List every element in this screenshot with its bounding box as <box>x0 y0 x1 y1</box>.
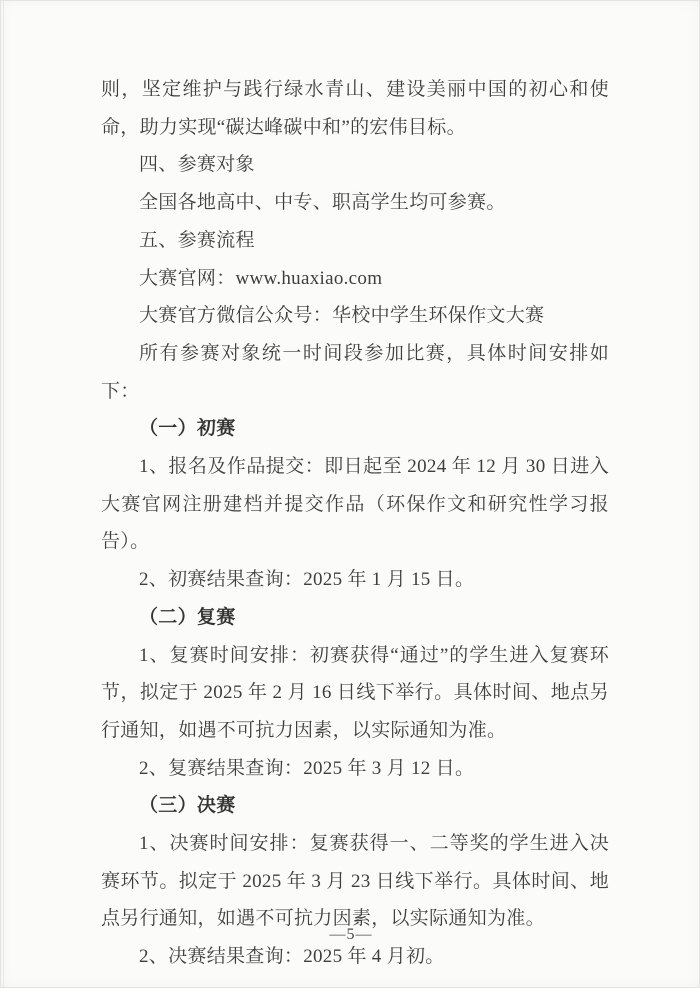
heading-section-4-participants: 四、参赛对象 <box>101 146 609 184</box>
paragraph-preliminary-results: 2、初赛结果查询：2025 年 1 月 15 日。 <box>101 561 609 599</box>
paragraph-official-website: 大赛官网：www.huaxiao.com <box>101 260 609 298</box>
paragraph-wechat-account: 大赛官方微信公众号：华校中学生环保作文大赛 <box>101 297 609 335</box>
heading-final-round: （三）决赛 <box>101 787 609 825</box>
paragraph-final-schedule: 1、决赛时间安排：复赛获得一、二等奖的学生进入决赛环节。拟定于 2025 年 3… <box>101 825 609 938</box>
scan-artifact-line <box>3 1 4 988</box>
paragraph-continuation: 则，坚定维护与践行绿水青山、建设美丽中国的初心和使命，助力实现“碳达峰碳中和”的… <box>101 71 609 146</box>
paragraph-schedule-intro: 所有参赛对象统一时间段参加比赛，具体时间安排如下： <box>101 335 609 410</box>
page-number: —5— <box>1 923 700 947</box>
paragraph-registration-submission: 1、报名及作品提交：即日起至 2024 年 12 月 30 日进入大赛官网注册建… <box>101 448 609 561</box>
heading-semifinal-round: （二）复赛 <box>101 599 609 637</box>
document-body: 则，坚定维护与践行绿水青山、建设美丽中国的初心和使命，助力实现“碳达峰碳中和”的… <box>101 71 609 976</box>
paragraph-semifinal-results: 2、复赛结果查询：2025 年 3 月 12 日。 <box>101 750 609 788</box>
heading-preliminary-round: （一）初赛 <box>101 410 609 448</box>
scanned-document-page: 则，坚定维护与践行绿水青山、建设美丽中国的初心和使命，助力实现“碳达峰碳中和”的… <box>0 0 700 988</box>
paragraph-semifinal-schedule: 1、复赛时间安排：初赛获得“通过”的学生进入复赛环节，拟定于 2025 年 2 … <box>101 637 609 750</box>
paragraph-eligibility: 全国各地高中、中专、职高学生均可参赛。 <box>101 184 609 222</box>
heading-section-5-process: 五、参赛流程 <box>101 222 609 260</box>
